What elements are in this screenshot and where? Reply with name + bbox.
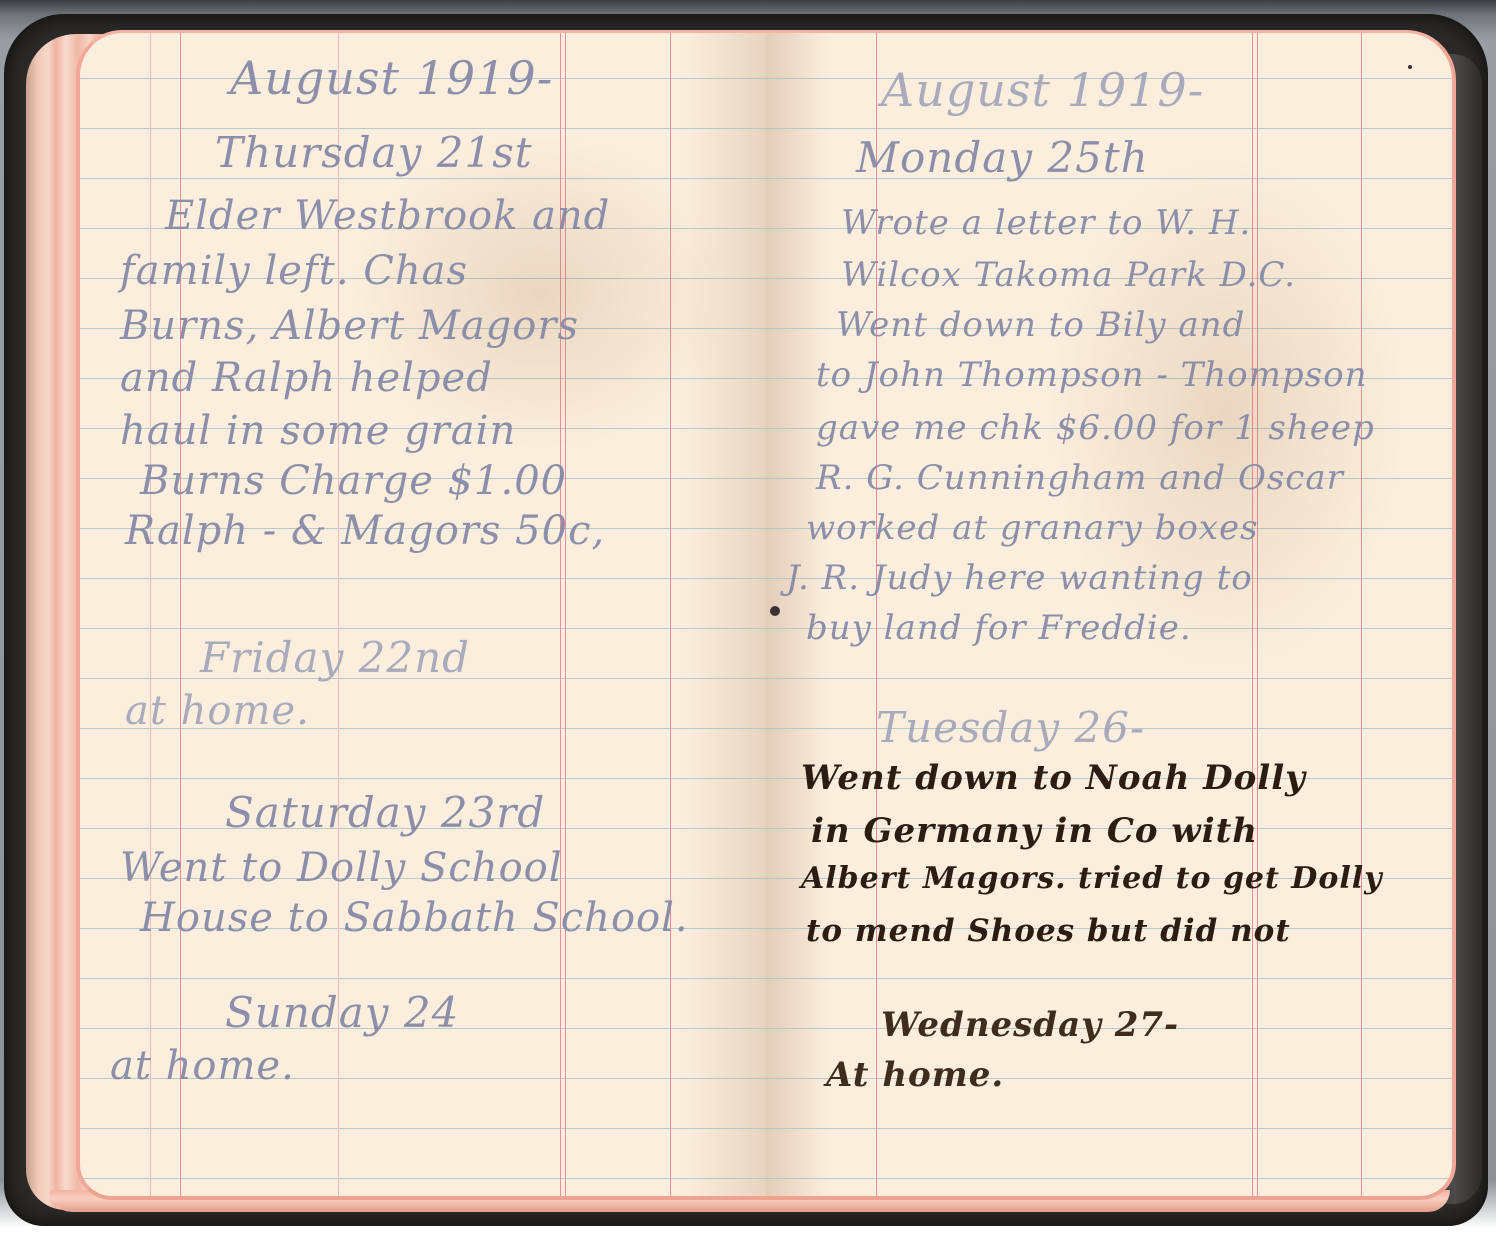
entry-line: Wilcox Takoma Park D.C. [841, 255, 1296, 295]
entry-line: R. G. Cunningham and Oscar [816, 458, 1344, 498]
entry-line: At home. [826, 1055, 1004, 1095]
entry-line: Went down to Noah Dolly [801, 758, 1306, 798]
margin-line [150, 33, 151, 1196]
entry-line: Albert Magors. tried to get Dolly [801, 861, 1383, 896]
entry-line: buy land for Freddie. [806, 608, 1192, 648]
month-header: August 1919- [881, 63, 1204, 117]
entry-line: Elder Westbrook and [165, 193, 610, 239]
ink-spot [1408, 65, 1412, 69]
entry-day: Tuesday 26- [876, 703, 1145, 752]
entry-line: at home. [110, 1043, 295, 1089]
entry-line: worked at granary boxes [806, 508, 1259, 548]
entry-line: Went down to Bily and [836, 305, 1245, 345]
entry-line: to mend Shoes but did not [806, 913, 1291, 949]
entry-line: gave me chk $6.00 for 1 sheep [816, 408, 1375, 448]
entry-line: in Germany in Co with [811, 811, 1258, 851]
entry-line: haul in some grain [120, 408, 516, 454]
entry-line: Burns Charge $1.00 [140, 458, 567, 504]
entry-day: Wednesday 27- [881, 1005, 1179, 1045]
month-header: August 1919- [230, 51, 553, 105]
column-line [1361, 33, 1362, 1196]
entry-day: Friday 22nd [200, 633, 470, 682]
entry-day: Saturday 23rd [225, 788, 545, 837]
entry-line: family left. Chas [120, 248, 468, 294]
right-page: August 1919- Monday 25th Wrote a letter … [766, 30, 1456, 1200]
entry-line: to John Thompson - Thompson [816, 355, 1367, 395]
entry-day: Thursday 21st [215, 128, 533, 177]
entry-line: at home. [125, 688, 310, 734]
entry-line: and Ralph helped [120, 355, 493, 401]
entry-line: House to Sabbath School. [140, 895, 689, 941]
ink-spot [770, 606, 780, 616]
entry-day: Sunday 24 [225, 988, 459, 1037]
entry-line: Ralph - & Magors 50c, [125, 508, 605, 554]
entry-line: Burns, Albert Magors [120, 303, 579, 349]
entry-line: J. R. Judy here wanting to [786, 558, 1253, 598]
entry-day: Monday 25th [856, 133, 1149, 182]
left-page: August 1919- Thursday 21st Elder Westbro… [76, 30, 766, 1200]
entry-line: Went to Dolly School [120, 845, 563, 891]
entry-line: Wrote a letter to W. H. [841, 203, 1251, 243]
